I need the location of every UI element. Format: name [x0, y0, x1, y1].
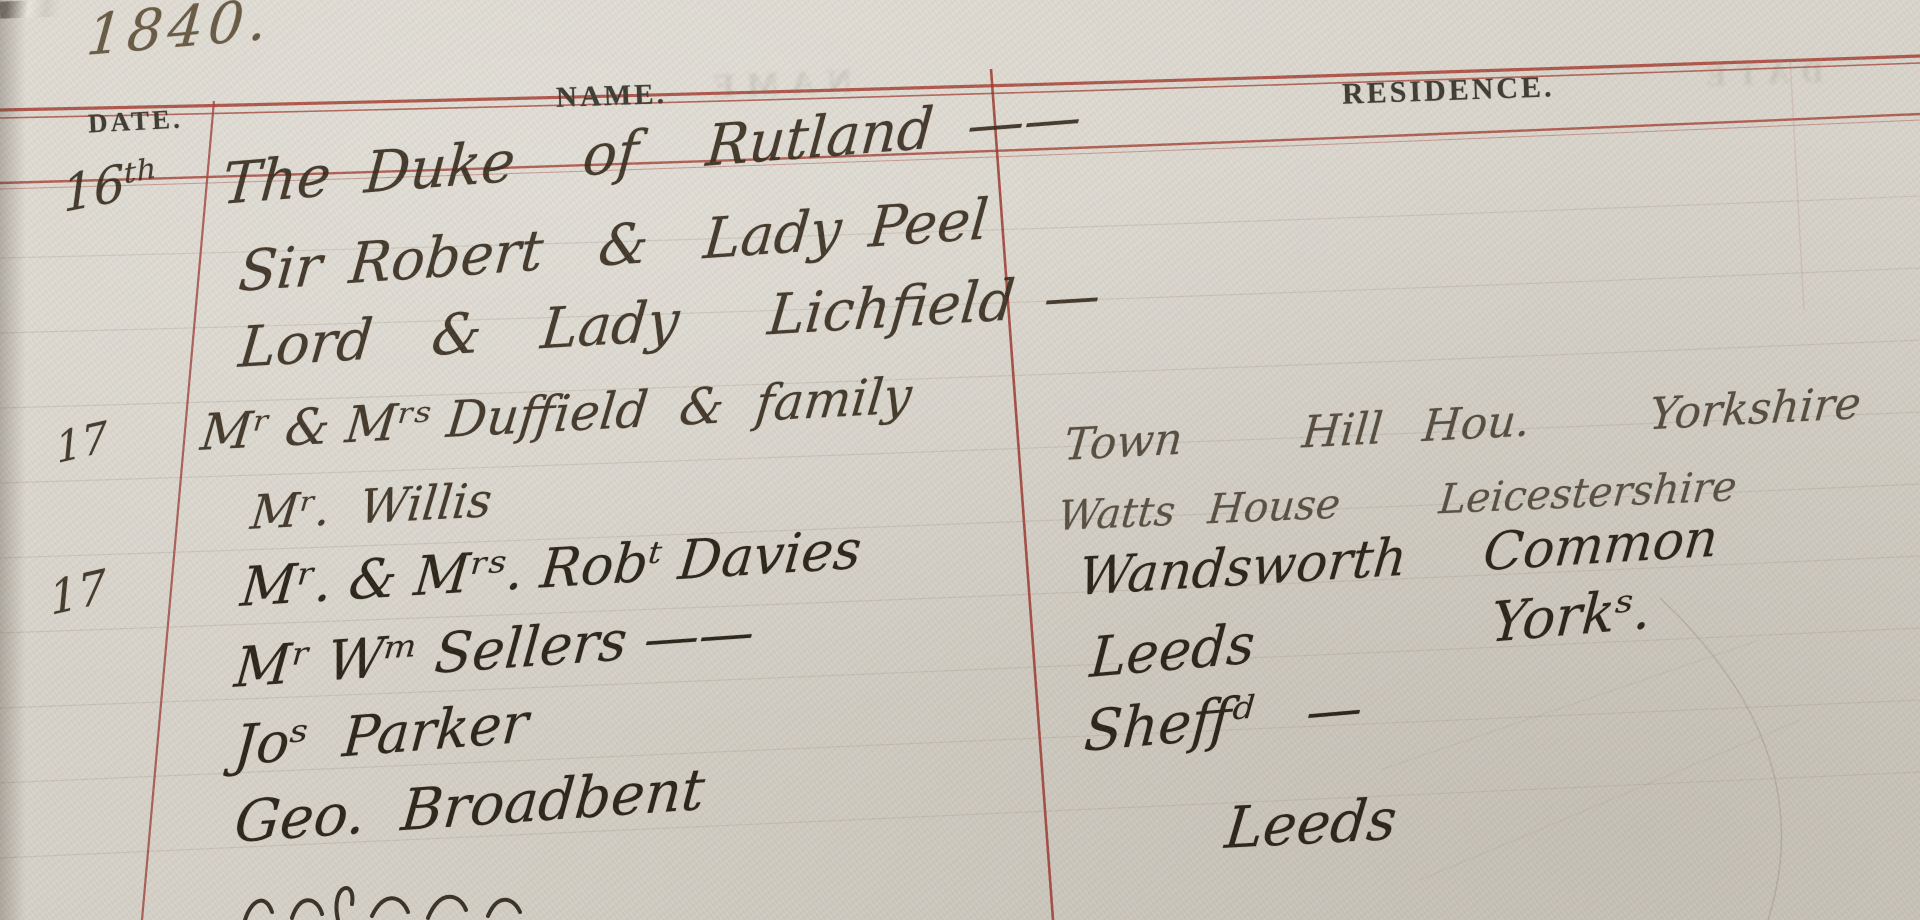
date-name-divider-line	[142, 101, 214, 920]
entry-residence: Leeds	[1222, 787, 1400, 862]
ledger-page-photo: NAME DATE 1840. DATE. NAME. RESIDENCE. 1…	[0, 0, 1920, 920]
column-header-name: NAME.	[555, 78, 667, 115]
showthrough-date-text: DATE	[1693, 56, 1823, 94]
showthrough-divider-line	[1790, 58, 1804, 310]
page-edge-shadow	[0, 0, 26, 920]
showthrough-name-text: NAME	[699, 63, 852, 106]
name-residence-divider-line	[991, 69, 1053, 920]
column-header-date: DATE.	[87, 104, 183, 140]
partial-entry-strokes	[245, 888, 520, 920]
